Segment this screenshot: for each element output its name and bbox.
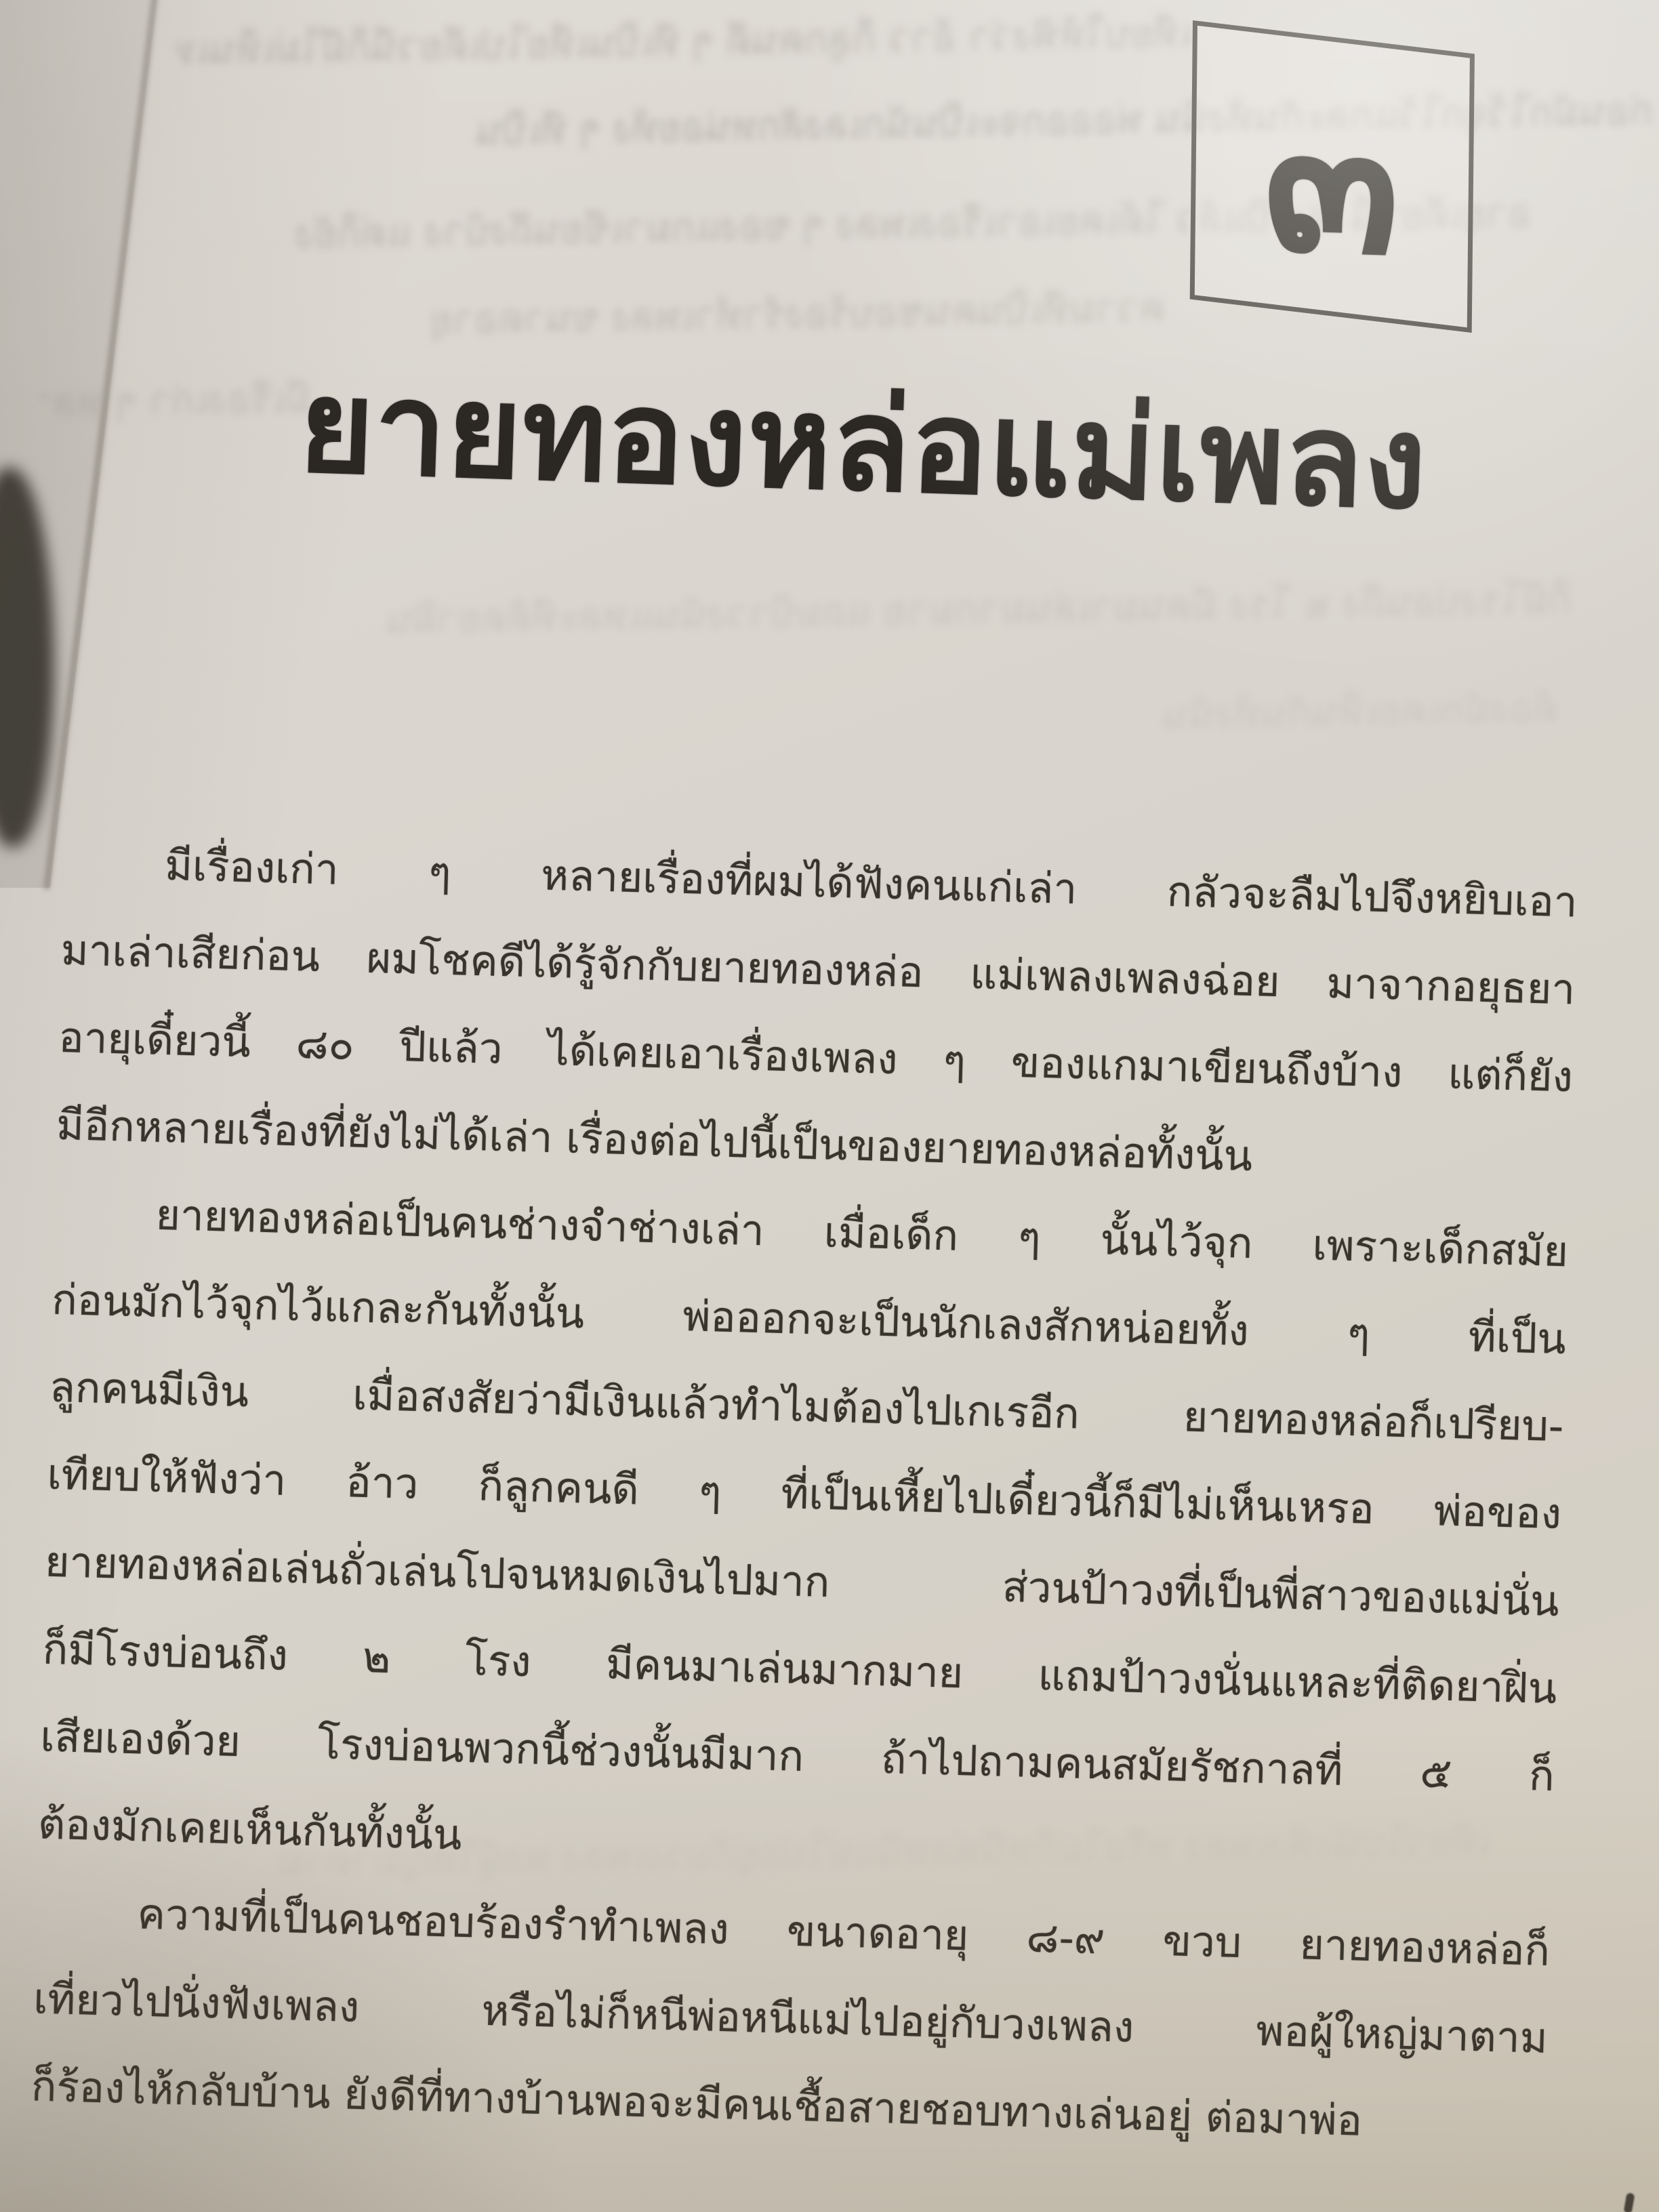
chapter-number: ๓ <box>1263 70 1401 283</box>
bleedthrough-text: ความที่เป็นคนชอบร้องรำทำเพลง ขนาดอายุ ๘-… <box>420 286 1166 342</box>
bleedthrough-text: เทียบให้ฟังว่า อ้าว ก็ลูกคนดี ๆ ที่เป็นเ… <box>176 12 1193 73</box>
clipped-next-line-mark <box>1623 2192 1635 2212</box>
bleedthrough-text: ก็มีโรงบ่อนถึง ๒ โรง มีคนมาเล่นมากมาย แถ… <box>81 578 1573 647</box>
body-text: มีเรื่องเก่า ๆ หลายเรื่องที่ผมได้ฟังคนแก… <box>30 819 1578 2169</box>
chapter-title: ยายทองหล่อแม่เพลง <box>297 352 1429 538</box>
chapter-number-box: ๓ <box>1190 20 1475 333</box>
bleedthrough-text: ต้องมักเคยเห็นกันทั้งนั้น <box>136 687 1559 755</box>
book-page-photo: เทียบให้ฟังว่า อ้าว ก็ลูกคนดี ๆ ที่เป็นเ… <box>0 0 1659 2212</box>
bleedthrough-text: มีเรื่องเก่า ๆ หลายเรื่องที่ผมได้ฟังคนแก… <box>40 377 312 426</box>
